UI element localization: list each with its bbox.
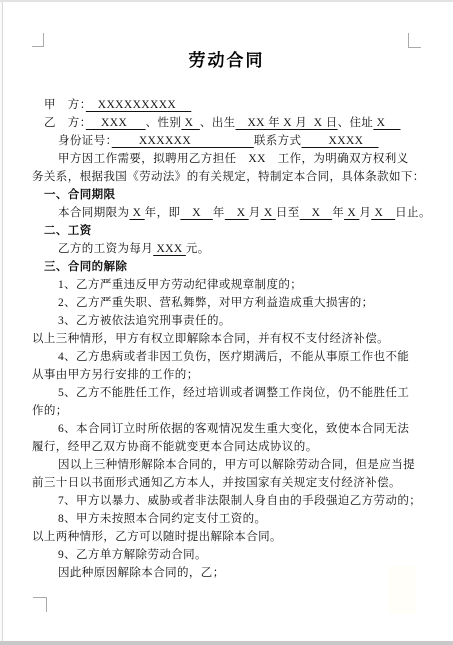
doc-text: 三、合同的解除 xyxy=(44,261,127,273)
doc-text: 二、工资 xyxy=(44,225,92,237)
doc-text: 6、本合同订立时所依据的客观情况发生重大变化，致使本合同无法 xyxy=(58,423,409,435)
doc-line: 2、乙方严重失职、营私舞弊，对甲方利益造成重大损害的； xyxy=(32,294,424,312)
fill-in-blank: X xyxy=(300,207,333,219)
doc-line: 二、工资 xyxy=(32,222,424,240)
doc-text: 、性别 xyxy=(146,117,182,129)
doc-text: 乙 方： xyxy=(44,117,86,129)
fill-in-blank: X xyxy=(371,207,395,219)
fill-in-blank: XXX xyxy=(86,117,146,129)
doc-line: 3、乙方被依法追究刑事责任的。 xyxy=(32,312,424,330)
doc-text: 元。 xyxy=(186,243,210,255)
doc-line: 7、甲方以暴力、威胁或者非法限制人身自由的手段强迫乙方劳动的； xyxy=(32,492,424,510)
doc-text: 以上三种情形，甲方有权立即解除本合同，并有权不支付经济补偿。 xyxy=(32,333,389,345)
doc-line: 因此种原因解除本合同的，乙； xyxy=(32,564,424,582)
fill-in-blank: X xyxy=(129,207,144,219)
doc-line: 以上两种情形，乙方可以随时提出解除本合同。 xyxy=(32,528,424,546)
doc-text: 前三十日以书面形式通知乙方本人，并按国家有关规定支付经济补偿。 xyxy=(32,477,401,489)
doc-line: 4、乙方患病或者非因工负伤，医疗期满后，不能从事原工作也不能 xyxy=(32,348,424,366)
doc-text: 月 xyxy=(359,207,371,219)
fill-in-blank: XXX xyxy=(153,243,186,255)
doc-line: 务关系，根据我国《劳动法》的有关规定，特制定本合同，具体条款如下： xyxy=(32,168,424,186)
doc-line: 以上三种情形，甲方有权立即解除本合同，并有权不支付经济补偿。 xyxy=(32,330,424,348)
doc-line: 1、乙方严重违反甲方劳动纪律或规章制度的； xyxy=(32,276,424,294)
text-boundary-mark-bottom-left xyxy=(33,597,47,612)
doc-line: 乙方的工资为每月 XXX 元。 xyxy=(32,240,424,258)
doc-text: 本合同期限为 xyxy=(58,207,129,219)
fill-in-blank: XXXXXXXXX xyxy=(86,99,191,111)
doc-text: 1、乙方严重违反甲方劳动纪律或规章制度的； xyxy=(58,279,302,291)
doc-text: 年 xyxy=(213,207,225,219)
doc-text: 7、甲方以暴力、威胁或者非法限制人身自由的手段强迫乙方劳动的； xyxy=(58,495,421,507)
fill-in-blank: X xyxy=(344,207,359,219)
doc-text: 因此种原因解除本合同的，乙； xyxy=(58,567,225,579)
doc-text: 日止。 xyxy=(395,207,424,219)
document-title: 劳动合同 xyxy=(0,46,453,70)
doc-text: 作的； xyxy=(32,405,68,417)
doc-line: 8、甲方未按照本合同约定支付工资的。 xyxy=(32,510,424,528)
doc-line: 5、乙方不能胜任工作，经过培训或者调整工作岗位，仍不能胜任工 xyxy=(32,384,424,402)
doc-text: 以上两种情形，乙方可以随时提出解除本合同。 xyxy=(32,531,282,543)
doc-text: 年，即 xyxy=(145,207,181,219)
doc-text: 因以上三种情形解除本合同的，甲方可以解除劳动合同，但是应当提 xyxy=(58,459,415,471)
doc-text: 身份证号： xyxy=(58,135,112,147)
doc-text: 甲 方： xyxy=(44,99,86,111)
fill-in-blank: X xyxy=(180,207,213,219)
doc-text: 乙方的工资为每月 xyxy=(58,243,153,255)
fill-in-blank: X xyxy=(261,207,276,219)
fill-in-blank: X xyxy=(225,207,249,219)
doc-text: 4、乙方患病或者非因工负伤，医疗期满后，不能从事原工作也不能 xyxy=(58,351,409,363)
doc-text: 5、乙方不能胜任工作，经过培训或者调整工作岗位，仍不能胜任工 xyxy=(58,387,409,399)
doc-line: 本合同期限为 X 年，即 X 年 X 月 X 日至 X 年 X 月 X 日止。 xyxy=(32,204,424,222)
doc-line: 6、本合同订立时所依据的客观情况发生重大变化，致使本合同无法 xyxy=(32,420,424,438)
doc-text: 年 xyxy=(332,207,344,219)
doc-text: 务关系，根据我国《劳动法》的有关规定，特制定本合同，具体条款如下： xyxy=(32,171,424,183)
doc-text: 从事由甲方另行安排的工作的； xyxy=(32,369,199,381)
doc-text: 、出生 xyxy=(200,117,236,129)
fill-in-blank: X xyxy=(181,117,200,129)
doc-line: 甲方因工作需要，拟聘用乙方担任 XX 工作，为明确双方权利义 xyxy=(32,150,424,168)
doc-line: 身份证号： XXXXXX 联系方式 XXXX xyxy=(32,132,424,150)
app-background-bottom-edge xyxy=(0,641,453,645)
doc-line: 作的； xyxy=(32,402,424,420)
doc-text: 8、甲方未按照本合同约定支付工资的。 xyxy=(58,513,266,525)
doc-text: 月 xyxy=(249,207,261,219)
doc-text: 、住址 xyxy=(338,117,374,129)
doc-line: 履行，经甲乙双方协商不能就变更本合同达成协议的。 xyxy=(32,438,424,456)
doc-body: 甲 方： XXXXXXXXX 乙 方： XXX 、性别 X 、出生 XX 年 X… xyxy=(32,96,424,582)
doc-text: 3、乙方被依法追究刑事责任的。 xyxy=(58,315,231,327)
text-boundary-mark-top-left xyxy=(32,33,44,47)
doc-text: 日至 xyxy=(276,207,300,219)
doc-line: 甲 方： XXXXXXXXX xyxy=(32,96,424,114)
fill-in-blank: XXXX xyxy=(301,135,378,147)
doc-line: 9、乙方单方解除劳动合同。 xyxy=(32,546,424,564)
page-left-border xyxy=(2,2,3,641)
doc-line: 因以上三种情形解除本合同的，甲方可以解除劳动合同，但是应当提 xyxy=(32,456,424,474)
doc-text: 甲方因工作需要，拟聘用乙方担任 XX 工作，为明确双方权利义 xyxy=(58,153,409,165)
fill-in-blank: X xyxy=(373,117,400,129)
fill-in-blank: XX 年 X 月 X 日 xyxy=(236,117,338,129)
app-background-top-edge xyxy=(0,0,453,2)
doc-line: 前三十日以书面形式通知乙方本人，并按国家有关规定支付经济补偿。 xyxy=(32,474,424,492)
document-page: 劳动合同 甲 方： XXXXXXXXX 乙 方： XXX 、性别 X 、出生 X… xyxy=(0,0,453,645)
doc-line: 一、合同期限 xyxy=(32,186,424,204)
fill-in-blank: XXXXXX xyxy=(112,135,254,147)
doc-text: 联系方式 xyxy=(254,135,302,147)
doc-text: 一、合同期限 xyxy=(44,189,115,201)
doc-text: 履行，经甲乙双方协商不能就变更本合同达成协议的。 xyxy=(32,441,318,453)
doc-text: 9、乙方单方解除劳动合同。 xyxy=(58,549,207,561)
doc-line: 三、合同的解除 xyxy=(32,258,424,276)
doc-text: 2、乙方严重失职、营私舞弊，对甲方利益造成重大损害的； xyxy=(58,297,374,309)
doc-line: 乙 方： XXX 、性别 X 、出生 XX 年 X 月 X 日、住址 X xyxy=(32,114,424,132)
doc-line: 从事由甲方另行安排的工作的； xyxy=(32,366,424,384)
